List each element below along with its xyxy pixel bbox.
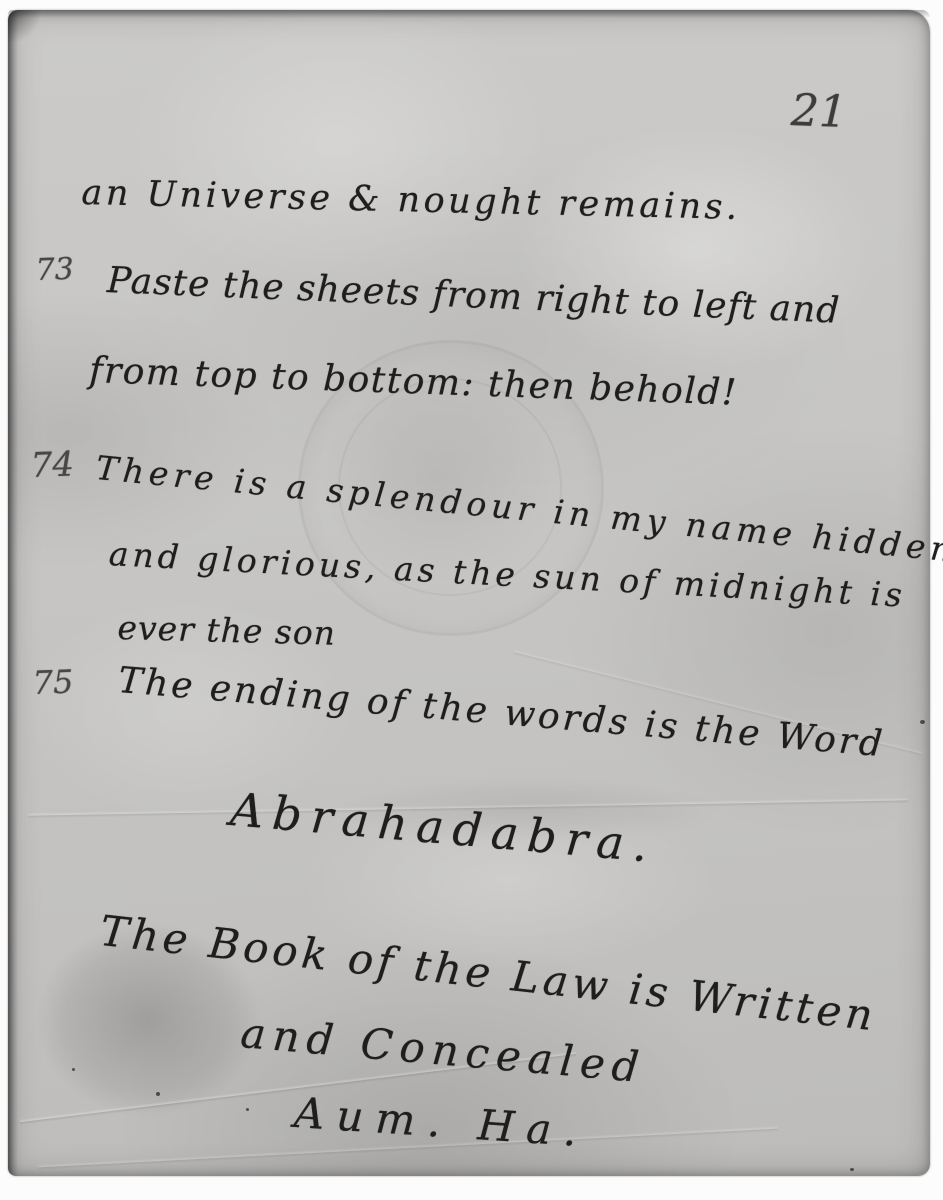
line-73-paste-sheets: Paste the sheets from right to left and <box>106 260 841 332</box>
ink-speck <box>850 1168 854 1171</box>
ink-speck <box>72 1068 75 1071</box>
manuscript-photo: 21 an Universe & nought remains. 73 Past… <box>0 0 943 1200</box>
verse-number-73: 73 <box>35 252 74 288</box>
ink-speck <box>920 720 925 724</box>
line-book-of-law-written: The Book of the Law is Written <box>98 906 880 1040</box>
ink-speck <box>246 1108 249 1111</box>
manuscript-page: 21 an Universe & nought remains. 73 Past… <box>8 10 930 1176</box>
verse-number-74: 74 <box>30 444 75 485</box>
ink-speck <box>156 1092 160 1096</box>
corner-shadow <box>8 10 42 44</box>
verse-number-75: 75 <box>32 663 74 702</box>
line-abrahadabra: Abrahadabra. <box>228 782 659 873</box>
line-aum-ha: Aum. Ha. <box>293 1088 591 1156</box>
page-number: 21 <box>790 85 848 138</box>
line-an-universe: an Universe & nought remains. <box>81 173 741 228</box>
line-74-ever-the-son: ever the son <box>117 608 337 653</box>
line-and-concealed: and Concealed <box>239 1008 648 1092</box>
